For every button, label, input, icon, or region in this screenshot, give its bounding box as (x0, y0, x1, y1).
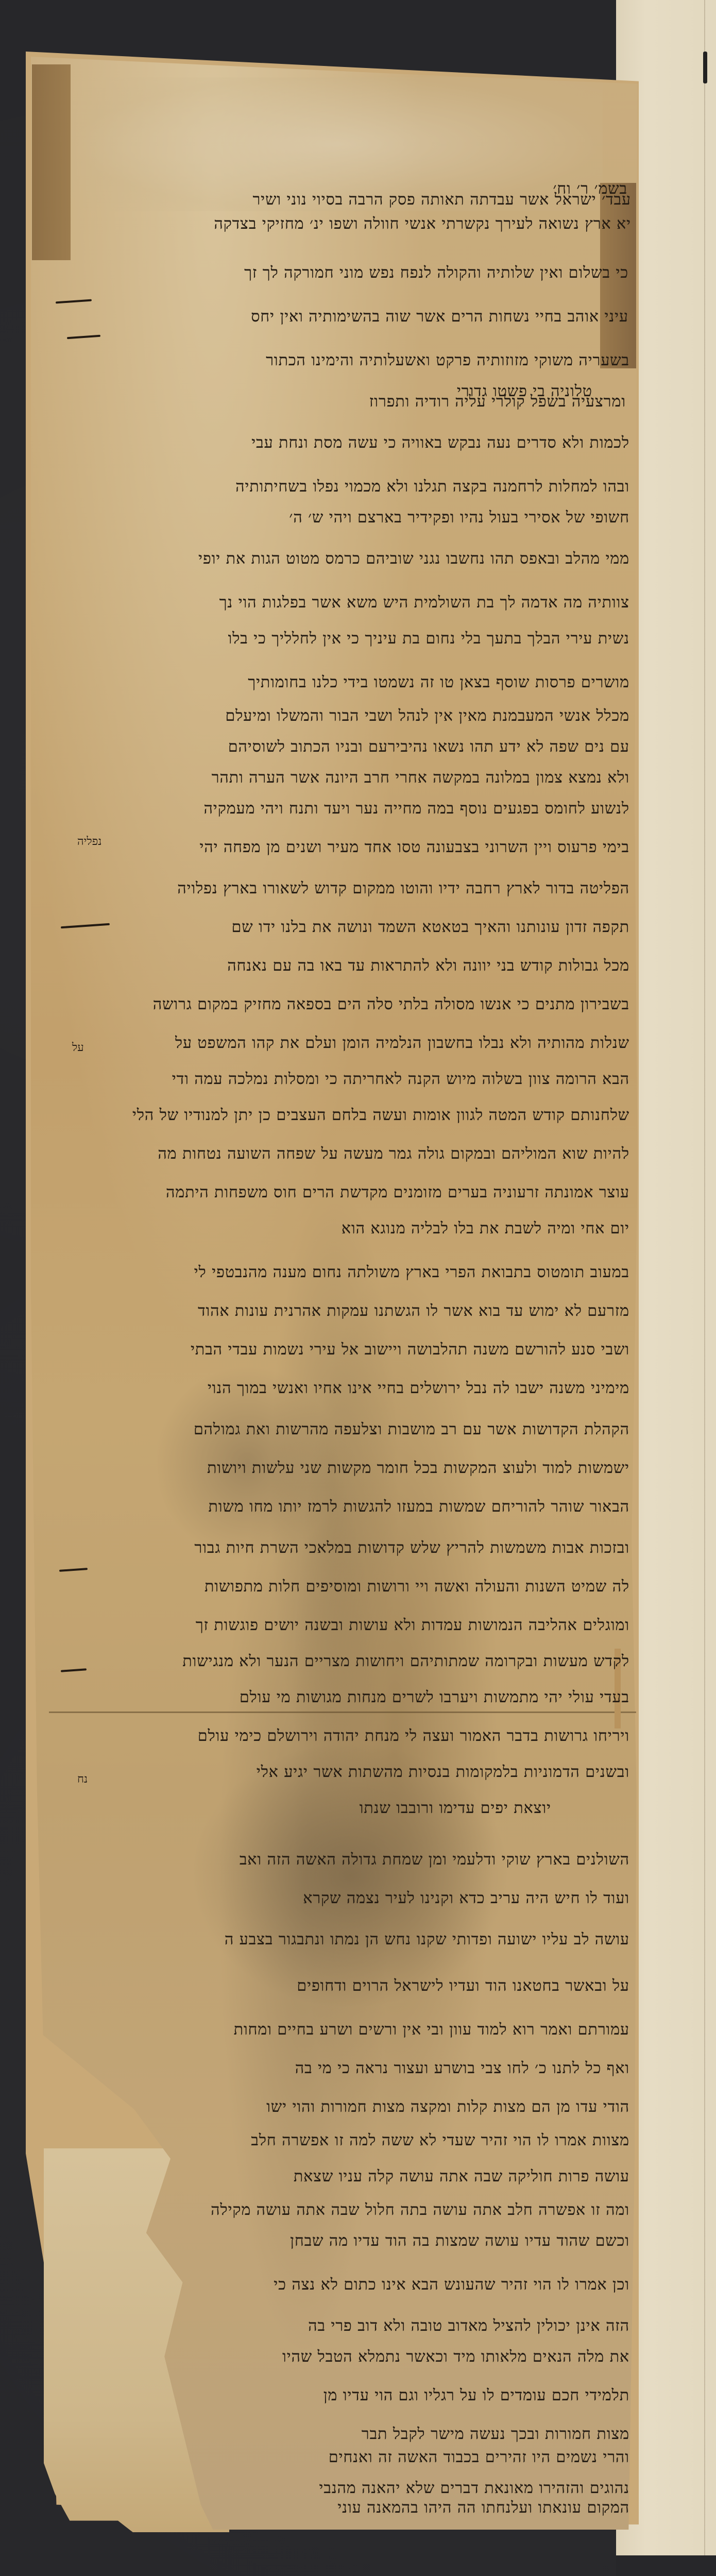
manuscript-line: ובשנים הדמוניות בלמקומות בנסיות מהשתות א… (257, 1764, 629, 1781)
manuscript-line: יא ארץ נשואה לעירך נקשרתי אנשי חוולה ושפ… (214, 215, 631, 233)
manuscript-line: לנשוע לחומס בפגעים נוסף במה מחייה נער וי… (204, 800, 629, 818)
manuscript-line: בימי פרעוס ויין השרוני בצבעונה טסו אחד מ… (199, 839, 629, 856)
manuscript-line: עם נים שפה לא ידע תהו נשאו נהיבירעם ובני… (228, 738, 629, 756)
manuscript-line: הקהלת הקדושות אשר עם רב מושבות וצלעפה מה… (194, 1421, 629, 1438)
manuscript-line: בשבירון מתנים כי אנשו מסולה בלתי סלה הים… (153, 996, 629, 1013)
manuscript-line: תלמידי חכם עומדים לו על רגליו וגם הוי עד… (323, 2387, 629, 2404)
manuscript-line: את מלה הנאים מלאותו מיד וכאשר נתמלא הטבל… (282, 2348, 629, 2366)
manuscript-line: ועוד לו חיש היה עריב כדא וקנינו לעיר נצמ… (303, 1890, 629, 1907)
manuscript-line: ומוגלים אהליבה הנמושות עמדות ולא עושות ו… (196, 1617, 629, 1634)
manuscript-line: עיני אוהב בחיי נשחות הרים אשר שוה בהשימו… (251, 308, 628, 326)
manuscript-line: לקדש מעשות ובקרומה שמתותיהם ויחושות מצרי… (182, 1653, 629, 1670)
manuscript-line: שלחנותם קודש המטה לגוון אומות ועשה בלחם … (132, 1107, 629, 1124)
manuscript-line: נהוגים והזהירו מאונאת דברים שלא יהאנה מה… (319, 2480, 629, 2497)
manuscript-line: וכשם שהוד עדיו עושה שמצות בה הוד עדיו מה… (290, 2232, 629, 2250)
manuscript-line: עבד׳ ישראל אשר עבדתה תאותה פסק הרבה בסיו… (253, 191, 631, 209)
manuscript-line: והרי נשמים היו זהירים בכבוד האשה זה ואנח… (329, 2449, 629, 2466)
manuscript-line: נשית עירי הבלך בתעך בלי נחום בת עיניך כי… (228, 630, 629, 648)
manuscript-line: הבא הרומה צוון בשלוה מיוש הקנה לאחריתה כ… (172, 1071, 629, 1088)
manuscript-line: מכל גבולות קודש בני יוונה ולא להתראות עד… (227, 957, 629, 975)
manuscript-line: צוותיה מה אדמה לך בת השולמית היש משא אשר… (219, 594, 629, 612)
manuscript-line: מצוות אמרו לו הוי זהיר שעדי לא ששה למה ז… (251, 2132, 629, 2149)
manuscript-line: ומרצעיה בשפל קולרי עליה רודיה ותפרוז (369, 393, 626, 411)
manuscript-line: מושרים פרסות שוסף בצאן טו זה נשמטו בידי … (248, 674, 629, 691)
manuscript-line: על ובאשר בחטאנו הוד ועדיו לישראל הרוים ו… (297, 1977, 629, 1995)
manuscript-line: ובהו למחלות לרחמנה בקצה תגלנו ולא מכמוי … (235, 478, 629, 496)
manuscript-line: מכלל אנשי המעבמנת מאין אין לנהל ושבי הבו… (226, 707, 630, 725)
manuscript-line: עושה לב עליו ישועה ופדותי שקנו נחש הן נמ… (225, 1931, 629, 1948)
marginal-note: על (72, 1041, 84, 1054)
manuscript-line: הפליטה בדור לארץ רחבה ידיו והוטו ממקום ק… (177, 880, 629, 897)
manuscript-line: הזה אינן יכולין להציל מאדוב טובה ולא דוב… (308, 2317, 629, 2335)
manuscript-line: לה שמיט השנות והעולה ואשה ויי ורושות ומו… (204, 1578, 629, 1596)
manuscript-line: תקפה זדון עונותנו והאיך בטאטא השמד ונושה… (232, 919, 629, 936)
marginal-note: נפליה (77, 835, 101, 848)
manuscript-line: שנלות מהותיה ולא נבלו בחשבון הנלמיה הומן… (175, 1035, 629, 1052)
manuscript-line: יוצאת יפים עדימו ורובבו שנתו (360, 1800, 551, 1817)
marginal-note: נח (77, 1772, 88, 1786)
manuscript-text: בשמ׳ ר׳ וח׳עבד׳ ישראל אשר עבדתה תאותה פס… (0, 0, 716, 2576)
manuscript-line: עמורתם ואמר רוא למוד עוון ובי אין ורשים … (234, 2021, 629, 2039)
manuscript-line: ממי מהלב ובאפס תהו נחשבו נגני שוביהם כרמ… (198, 550, 629, 568)
manuscript-line: לכמות ולא סדרים נעה נבקש באוויה כי עשה מ… (251, 434, 629, 452)
manuscript-line: ולא נמצא צמון במלונה במקשה אחרי חרב היונ… (212, 769, 629, 787)
manuscript-line: בעדי עולי יהי מתמשות ויערבו לשרים מנחות … (240, 1689, 629, 1706)
manuscript-line: וכן אמרו לו הוי זהיר שהעונש הבא אינו כתו… (274, 2276, 629, 2294)
manuscript-line: ויריחו גרושות בדבר האמור ועצה לי מנחת יה… (198, 1727, 629, 1745)
manuscript-line: השולנים בארץ שוקי ודלעמי ומן שמחת גדולה … (240, 1851, 629, 1869)
manuscript-line: ובזכות אבות משמשות להריץ שלש קדושות במלא… (194, 1539, 629, 1557)
manuscript-line: הודי עדו מן הם מצות קלות ומקצה מצות חמור… (266, 2098, 629, 2116)
manuscript-line: הבאור שוהר להוריחם שמשות במעזו להגשות לר… (209, 1498, 629, 1516)
manuscript-line: בשעריה משוקי מזוזותיה פרקט ואשעלותיה והי… (266, 352, 629, 369)
manuscript-line: ישמשות למוד ולעוצ המקשות בכל חומר מקשות … (207, 1460, 629, 1477)
manuscript-line: מצות חמורות ובכך נעשה מישר לקבל תבר (362, 2426, 629, 2443)
manuscript-line: עוצר אמונתה זרעוניה בערים מזומנים מקדשת … (166, 1184, 629, 1201)
manuscript-line: המקום עונאתו ועלנחתו הה היהו בהמאנה עוני (337, 2499, 629, 2517)
manuscript-line: מימיני משנה ישבו לה נבל ירושלים בחיי אינ… (208, 1380, 629, 1397)
manuscript-line: כי בשלום ואין שלותיה והקולה לנפח נפש מונ… (244, 264, 628, 282)
manuscript-line: ומה זו אפשרה חלב אתה עושה בתה חלול שבה א… (211, 2201, 629, 2219)
manuscript-line: עושה פרות חוליקה שבה אתה עושה קלה עניו ש… (294, 2168, 629, 2185)
manuscript-line: להיות שוא המוליהם ובמקום גולה גמר מעשה ע… (158, 1145, 629, 1163)
manuscript-line: ואף כל לתנו כ׳ לחו צבי בושרע ועצור נראה … (295, 2060, 629, 2077)
manuscript-line: יום אחי ומיה לשבת את בלו לבליה מנוגא הוא (342, 1220, 629, 1238)
manuscript-line: ושבי סנע להורשם משנה תהלבושה ויישוב אל ע… (191, 1341, 629, 1359)
manuscript-line: חשופי של אסירי בעול נהיו ופקידיר בארצם ו… (289, 509, 629, 527)
manuscript-line: במעוב תומטוס בתבואת הפרי בארץ משולתה נחו… (194, 1264, 629, 1281)
manuscript-line: מזרעם לא ימוש עד בוא אשר לו הגשתנו עמקות… (198, 1302, 629, 1320)
